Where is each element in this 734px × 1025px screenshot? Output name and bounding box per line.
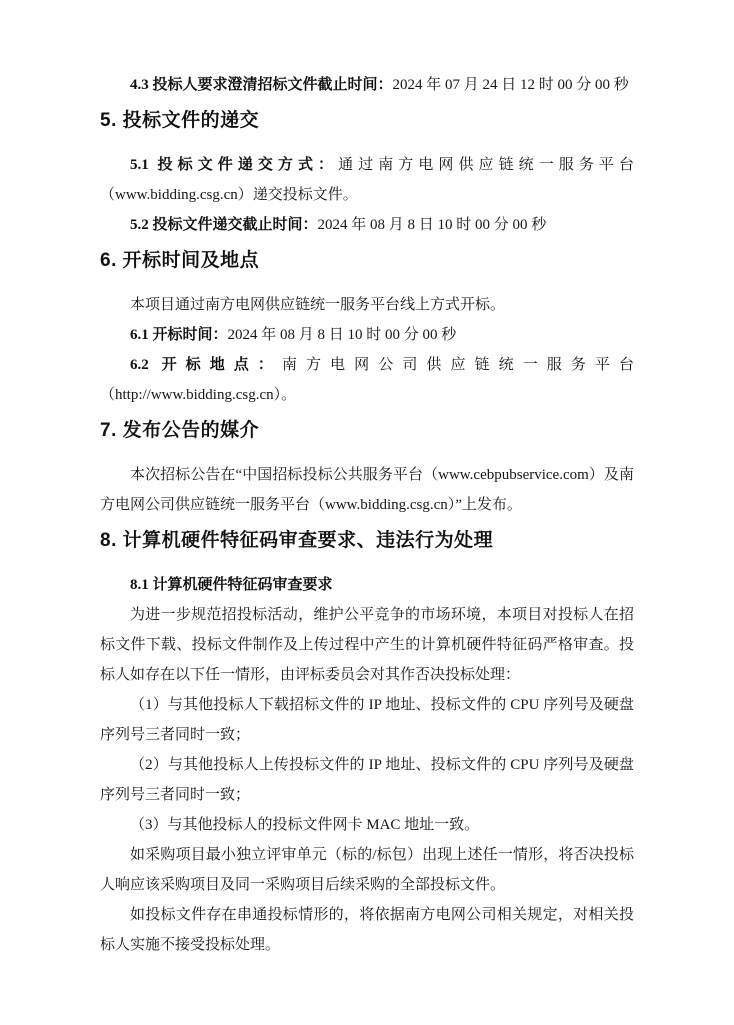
clause-5-2: 5.2 投标文件递交截止时间：2024 年 08 月 8 日 10 时 00 分… bbox=[100, 210, 634, 240]
section-8-para-unit: 如采购项目最小独立评审单元（标的/标包）出现上述任一情形，将否决投标人响应该采购… bbox=[100, 840, 634, 900]
clause-6-1: 6.1 开标时间：2024 年 08 月 8 日 10 时 00 分 00 秒 bbox=[100, 320, 634, 350]
section-8-heading: 8. 计算机硬件特征码审查要求、违法行为处理 bbox=[100, 524, 634, 558]
section-8-item-3: （3）与其他投标人的投标文件网卡 MAC 地址一致。 bbox=[100, 810, 634, 840]
section-8-intro: 为进一步规范招投标活动，维护公平竞争的市场环境，本项目对投标人在招标文件下载、投… bbox=[100, 600, 634, 690]
section-8-para-collusion: 如投标文件存在串通投标情形的，将依据南方电网公司相关规定，对相关投标人实施不接受… bbox=[100, 900, 634, 960]
section-6-intro: 本项目通过南方电网供应链统一服务平台线上方式开标。 bbox=[100, 290, 634, 320]
section-7-body: 本次招标公告在“中国招标投标公共服务平台（www.cebpubservice.c… bbox=[100, 460, 634, 520]
clause-6-1-value: 2024 年 08 月 8 日 10 时 00 分 00 秒 bbox=[228, 327, 457, 343]
clause-6-1-label: 6.1 开标时间： bbox=[130, 327, 228, 343]
clause-5-2-value: 2024 年 08 月 8 日 10 时 00 分 00 秒 bbox=[318, 217, 547, 233]
clause-8-1-heading: 8.1 计算机硬件特征码审查要求 bbox=[100, 570, 634, 600]
section-5-heading: 5. 投标文件的递交 bbox=[100, 104, 634, 138]
clause-5-1: 5.1 投标文件递交方式：通过南方电网供应链统一服务平台（www.bidding… bbox=[100, 150, 634, 210]
document-page: 4.3 投标人要求澄清招标文件截止时间：2024 年 07 月 24 日 12 … bbox=[0, 0, 734, 1025]
clause-4-3-value: 2024 年 07 月 24 日 12 时 00 分 00 秒 bbox=[393, 77, 629, 93]
clause-6-2-label: 6.2 开标地点： bbox=[130, 357, 282, 373]
section-6-heading: 6. 开标时间及地点 bbox=[100, 244, 634, 278]
clause-4-3-label: 4.3 投标人要求澄清招标文件截止时间： bbox=[130, 77, 393, 93]
clause-4-3: 4.3 投标人要求澄清招标文件截止时间：2024 年 07 月 24 日 12 … bbox=[100, 70, 634, 100]
section-7-heading: 7. 发布公告的媒介 bbox=[100, 414, 634, 448]
clause-5-2-label: 5.2 投标文件递交截止时间： bbox=[130, 217, 318, 233]
section-8-item-1: （1）与其他投标人下载招标文件的 IP 地址、投标文件的 CPU 序列号及硬盘序… bbox=[100, 690, 634, 750]
clause-5-1-label: 5.1 投标文件递交方式： bbox=[130, 157, 338, 173]
section-8-item-2: （2）与其他投标人上传投标文件的 IP 地址、投标文件的 CPU 序列号及硬盘序… bbox=[100, 750, 634, 810]
clause-6-2: 6.2 开标地点：南方电网公司供应链统一服务平台（http://www.bidd… bbox=[100, 350, 634, 410]
